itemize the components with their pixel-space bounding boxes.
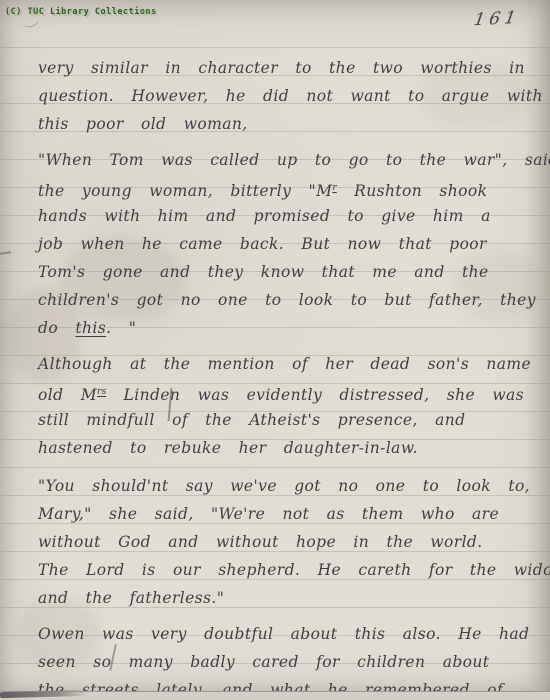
handwritten-text: and the fatherless." [38,589,224,607]
manuscript-line: Mary," she said, "We're not as them who … [38,500,526,528]
manuscript-line: Tom's gone and they know that me and the [38,258,526,286]
handwritten-text: do [38,319,75,337]
manuscript-line: this poor old woman, [38,110,526,138]
manuscript-line: the young woman, bitterly "Mr Rushton sh… [38,174,526,202]
handwritten-text: hands with him and promised to give him … [38,207,491,225]
manuscript-line: hastened to rebuke her daughter-in-law. [38,434,526,462]
manuscript-line: Owen was very doubtful about this also. … [38,620,526,648]
manuscript-line: question. However, he did not want to ar… [38,82,526,110]
handwritten-text: children's got no one to look to but fat… [38,291,536,309]
manuscript-line: without God and without hope in the worl… [38,528,526,556]
handwritten-text: hastened to rebuke her daughter-in-law. [38,439,418,457]
manuscript-line: old Mrs Linden was evidently distressed,… [38,378,526,406]
handwritten-text: this poor old woman, [38,115,248,133]
handwritten-text: . " [106,319,136,337]
manuscript-line: "You should'nt say we've got no one to l… [38,472,526,500]
paragraph: Although at the mention of her dead son'… [38,350,526,462]
underlined-text: this [75,319,106,337]
handwritten-text: still mindfull of the Atheist's presence… [38,411,465,429]
manuscript: very similar in character to the two wor… [38,0,526,700]
handwritten-text: very similar in character to the two wor… [38,59,525,77]
manuscript-line: "When Tom was called up to go to the war… [38,146,526,174]
handwritten-text: Owen was very doubtful about this also. … [38,625,529,643]
paragraph: "You should'nt say we've got no one to l… [38,472,526,612]
manuscript-line: seen so many badly cared for children ab… [38,648,526,676]
handwritten-text: Tom's gone and they know that me and the [38,263,489,281]
paragraph: Owen was very doubtful about this also. … [38,620,526,700]
manuscript-line: Although at the mention of her dead son'… [38,350,526,378]
handwritten-text: question. However, he did not want to ar… [38,87,543,105]
manuscript-line: job when he came back. But now that poor [38,230,526,258]
handwritten-text: Mary," she said, "We're not as them who … [38,505,499,523]
handwritten-text: "When Tom was called up to go to the war… [38,151,550,169]
superscript-text: rs [97,386,106,397]
handwritten-text: Although at the mention of her dead son'… [38,355,531,373]
manuscript-page: (C) TUC Library Collections 161 very sim… [0,0,550,700]
manuscript-line: hands with him and promised to give him … [38,202,526,230]
handwritten-text: the young woman, bitterly "M [38,182,332,200]
handwritten-text: job when he came back. But now that poor [38,235,487,253]
manuscript-line: children's got no one to look to but fat… [38,286,526,314]
manuscript-line: The Lord is our shepherd. He careth for … [38,556,526,584]
paragraph: very similar in character to the two wor… [38,54,526,138]
handwritten-text: without God and without hope in the worl… [38,533,483,551]
handwritten-text: The Lord is our shepherd. He careth for … [38,561,550,579]
manuscript-line: and the fatherless." [38,584,526,612]
handwritten-text: "You should'nt say we've got no one to l… [38,477,530,495]
handwritten-text: seen so many badly cared for children ab… [38,653,489,671]
manuscript-line: still mindfull of the Atheist's presence… [38,406,526,434]
manuscript-line: very similar in character to the two wor… [38,54,526,82]
paragraph: "When Tom was called up to go to the war… [38,146,526,342]
handwritten-text: old M [38,386,97,404]
margin-dash-mark [0,251,11,255]
handwritten-text: Rushton shook [337,182,488,200]
manuscript-line: do this. " [38,314,526,342]
handwritten-text: Linden was evidently distressed, she was [106,386,524,404]
